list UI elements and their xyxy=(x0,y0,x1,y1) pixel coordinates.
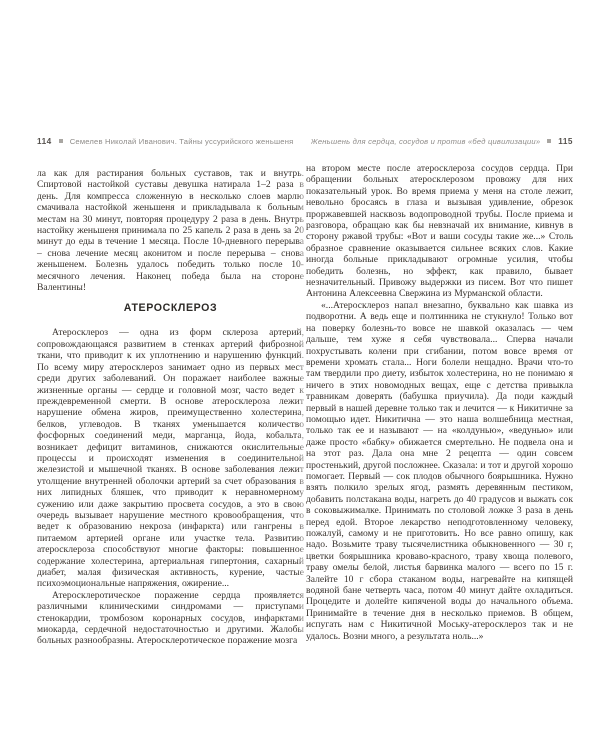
square-bullet-icon xyxy=(59,139,63,143)
section-heading: АТЕРОСКЛЕРОЗ xyxy=(37,302,304,314)
body-paragraph: на втором месте после атеросклероза сосу… xyxy=(306,163,573,300)
left-page-number: 114 xyxy=(37,137,52,146)
body-paragraph: ла как для растирания больных суставов, … xyxy=(37,168,304,293)
right-running-head: Женьшень для сердца, сосудов и против «б… xyxy=(306,136,573,146)
book-spread: 114 Семелев Николай Иванович. Тайны уссу… xyxy=(0,0,600,750)
body-paragraph: Атеросклеротическое поражение сердца про… xyxy=(37,590,304,647)
left-header-title: Семелев Николай Иванович. Тайны уссурийс… xyxy=(70,137,294,146)
left-running-head: 114 Семелев Николай Иванович. Тайны уссу… xyxy=(37,136,304,146)
left-page: 114 Семелев Николай Иванович. Тайны уссу… xyxy=(37,136,304,647)
body-paragraph-letter-quote: «...Атеросклероз напал внезапно, букваль… xyxy=(306,300,573,642)
right-page: Женьшень для сердца, сосудов и против «б… xyxy=(306,136,573,642)
right-page-number: 115 xyxy=(558,137,573,146)
square-bullet-icon xyxy=(547,139,551,143)
left-page-body: ла как для растирания больных суставов, … xyxy=(37,168,304,647)
right-page-body: на втором месте после атеросклероза сосу… xyxy=(306,163,573,642)
body-paragraph: Атеросклероз — одна из форм склероза арт… xyxy=(37,327,304,589)
right-header-title: Женьшень для сердца, сосудов и против «б… xyxy=(311,137,541,146)
